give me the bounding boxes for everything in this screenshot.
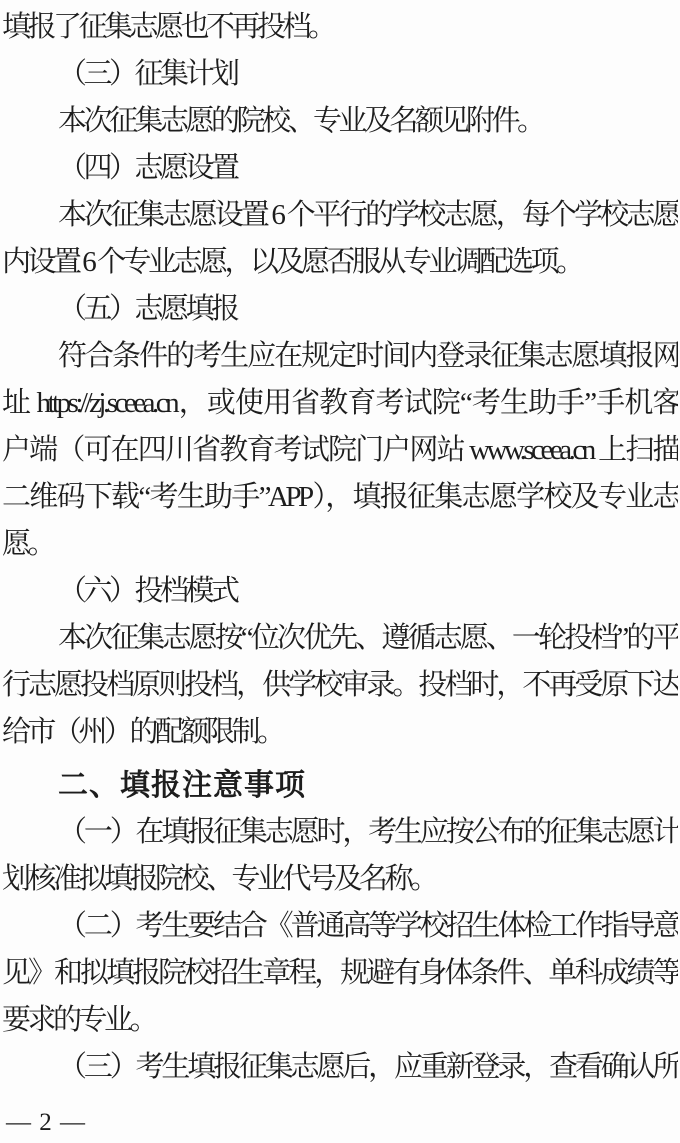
text-line: （三）征集计划 <box>2 51 678 98</box>
text-line: （一）在填报征集志愿时，考生应按公布的征集志愿计 <box>2 809 678 856</box>
text-line: 本次征集志愿设置 6 个平行的学校志愿，每个学校志愿 <box>2 192 678 239</box>
text-line: 愿。 <box>2 521 678 568</box>
section-heading: 二、填报注意事项 <box>2 762 678 809</box>
text-line: 户端（可在四川省教育考试院门户网站 www.sceea.cn 上扫描 <box>2 427 678 474</box>
text-line: （四）志愿设置 <box>2 145 678 192</box>
text-line: （六）投档模式 <box>2 568 678 615</box>
text-line: 址 https://zj.sceea.cn，或使用省教育考试院“考生助手”手机客 <box>2 380 678 427</box>
text-line: 见》和拟填报院校招生章程，规避有身体条件、单科成绩等 <box>2 950 678 997</box>
document-page: 填报了征集志愿也不再投档。（三）征集计划本次征集志愿的院校、专业及名额见附件。（… <box>0 0 680 1143</box>
text-line: 二维码下载“考生助手”APP），填报征集志愿学校及专业志 <box>2 474 678 521</box>
text-line: （五）志愿填报 <box>2 286 678 333</box>
page-number: — 2 — <box>6 1104 86 1142</box>
text-line: 给市（州）的配额限制。 <box>2 709 678 756</box>
text-line: 符合条件的考生应在规定时间内登录征集志愿填报网 <box>2 333 678 380</box>
text-line: 要求的专业。 <box>2 997 678 1044</box>
text-line: 划核准拟填报院校、专业代号及名称。 <box>2 856 678 903</box>
text-line: （二）考生要结合《普通高等学校招生体检工作指导意 <box>2 903 678 950</box>
text-line: 本次征集志愿按“位次优先、遵循志愿、一轮投档”的平 <box>2 615 678 662</box>
text-line: （三）考生填报征集志愿后，应重新登录，查看确认所 <box>2 1044 678 1091</box>
text-line: 本次征集志愿的院校、专业及名额见附件。 <box>2 98 678 145</box>
text-line: 内设置 6 个专业志愿，以及愿否服从专业调配选项。 <box>2 239 678 286</box>
document-body: 填报了征集志愿也不再投档。（三）征集计划本次征集志愿的院校、专业及名额见附件。（… <box>2 4 678 1091</box>
text-line: 行志愿投档原则投档，供学校审录。投档时，不再受原下达 <box>2 662 678 709</box>
text-line: 填报了征集志愿也不再投档。 <box>2 4 678 51</box>
